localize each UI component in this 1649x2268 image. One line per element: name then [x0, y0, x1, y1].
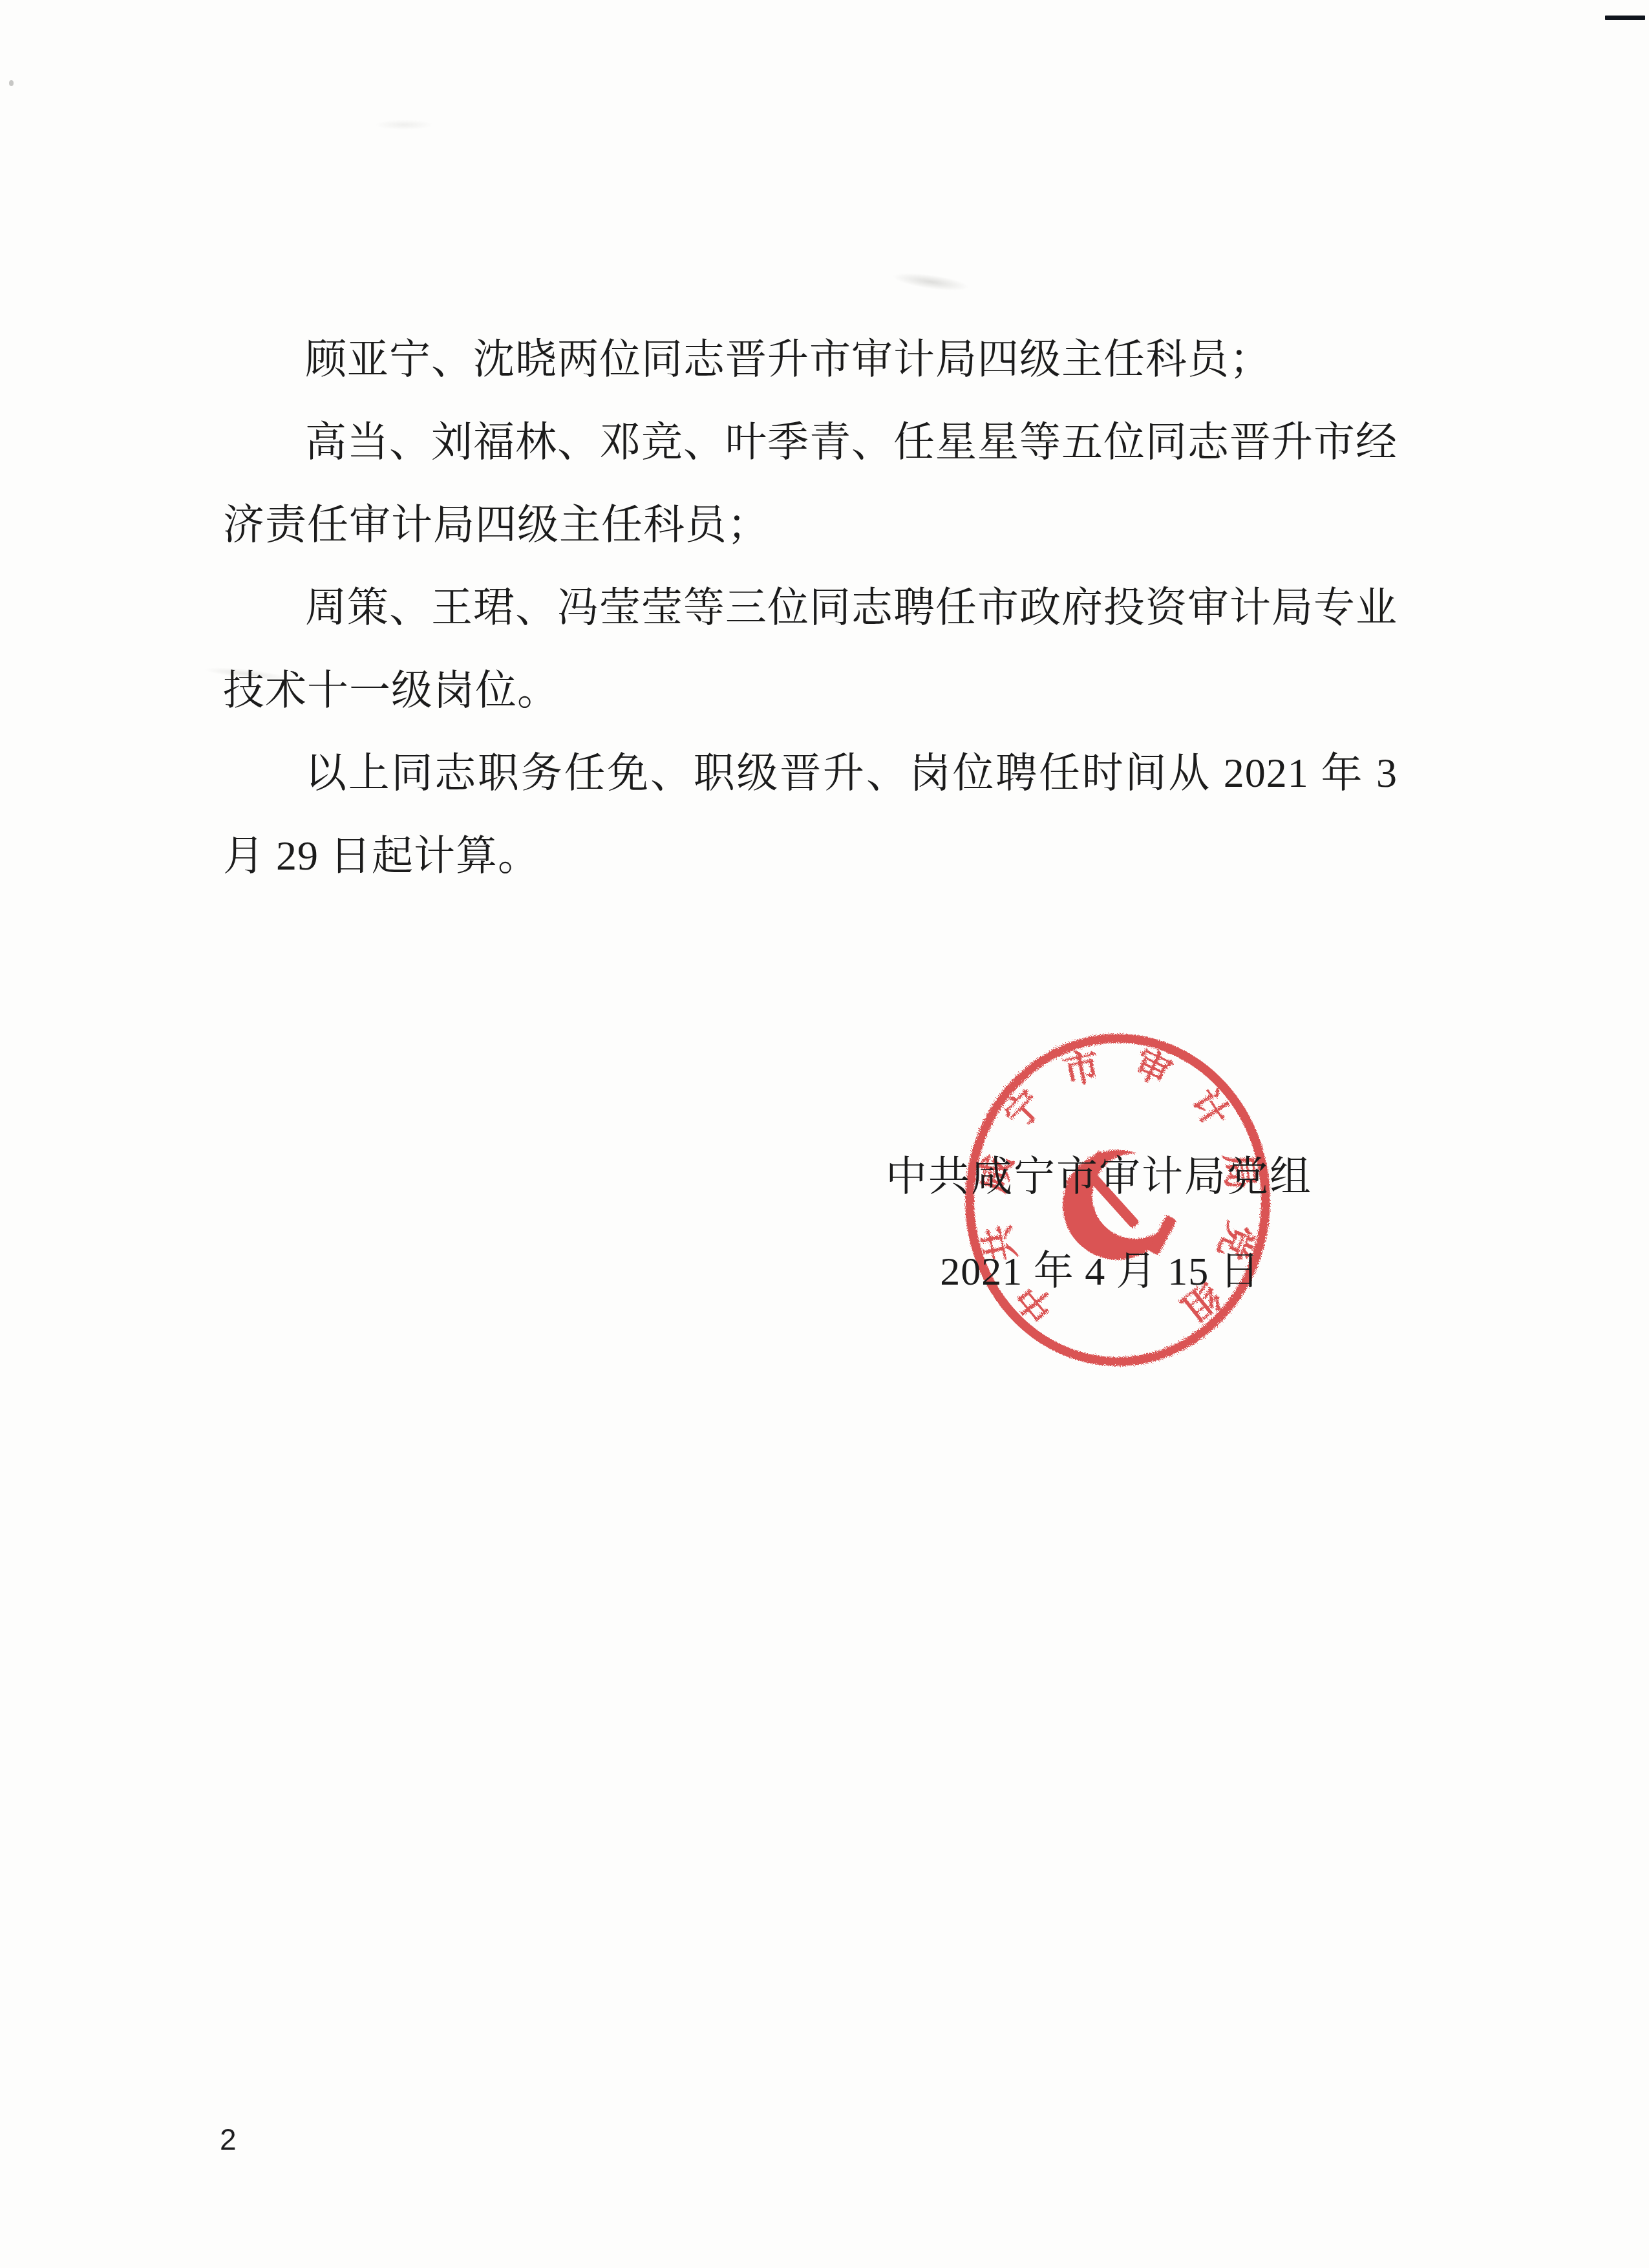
scan-artifact-smudge	[891, 270, 970, 294]
text-line-5: 技术十一级岗位。	[223, 649, 1398, 732]
signature-date: 2021 年 4 月 15 日	[940, 1239, 1261, 1296]
text-line-7: 月 29 日起计算。	[223, 815, 1398, 897]
text-line-1: 顾亚宁、沈晓两位同志晋升市审计局四级主任科员；	[223, 318, 1398, 401]
document-page: 顾亚宁、沈晓两位同志晋升市审计局四级主任科员； 高当、刘福林、邓竞、叶季青、任星…	[0, 0, 1649, 2268]
body-text: 顾亚宁、沈晓两位同志晋升市审计局四级主任科员； 高当、刘福林、邓竞、叶季青、任星…	[223, 318, 1398, 897]
text-line-6: 以上同志职务任免、职级晋升、岗位聘任时间从 2021 年 3	[223, 732, 1398, 815]
signature-organization: 中共咸宁市审计局党组	[886, 1143, 1312, 1203]
scan-artifact-corner-dash	[1605, 16, 1645, 20]
text-line-3: 济责任审计局四级主任科员；	[223, 484, 1398, 566]
page-number: 2	[220, 2122, 237, 2157]
text-line-4: 周策、王珺、冯莹莹等三位同志聘任市政府投资审计局专业	[223, 566, 1398, 649]
scan-artifact-smudge	[375, 120, 433, 130]
scan-artifact-edge-dot	[9, 80, 14, 86]
text-line-2: 高当、刘福林、邓竞、叶季青、任星星等五位同志晋升市经	[223, 401, 1398, 484]
